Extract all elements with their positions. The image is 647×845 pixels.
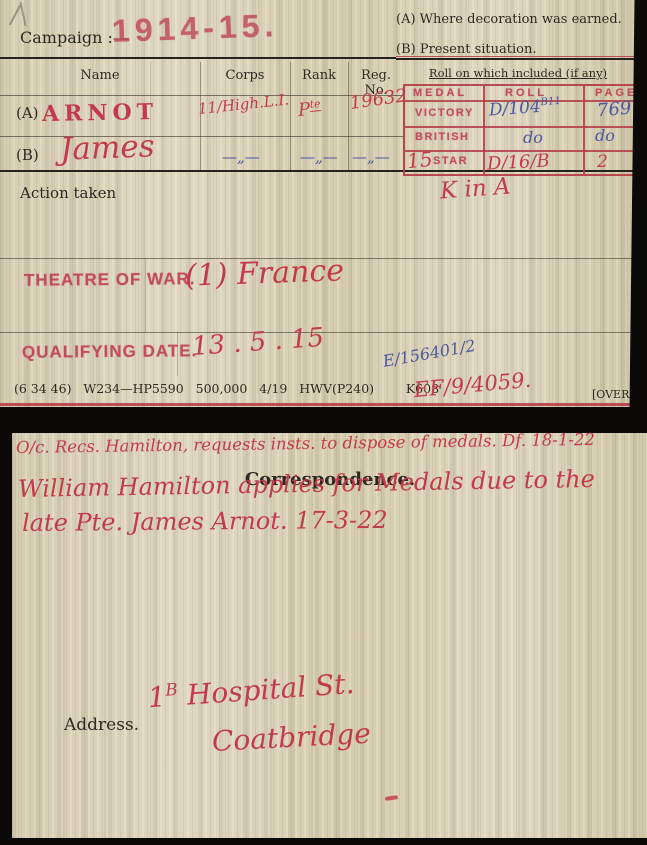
col-header-rank: Rank [292,68,346,83]
back-card: O/c. Recs. Hamilton, requests insts. to … [12,433,647,838]
corps-ditto: —„— [222,148,260,166]
victory-roll-superscript: B11 [540,96,561,108]
rank-superscript: te [309,97,321,112]
rule-under-note [396,58,638,60]
rank-ditto: —„— [300,148,338,166]
rule-under-campaign [0,57,396,59]
correspondence-note-2: William Hamilton applies for Medals due … [18,464,644,503]
reg-no-ditto: —„— [352,148,390,166]
theatre-of-war-value: (1) France [184,253,344,294]
note-where-earned: (A) Where decoration was earned. [396,12,622,27]
victory-roll-main: D/104 [488,97,541,121]
theatre-of-war-stamp: THEATRE OF WAR. [24,269,196,290]
action-taken-label: Action taken [20,184,116,202]
correspondence-note-3: late Pte. James Arnot. 17-3-22 [22,506,388,537]
front-card: Campaign :— 1914-15. (A) Where decoratio… [0,0,638,407]
medal-table-title: Roll on which included (if any) [405,66,631,80]
red-reference-number: EF/9/4059. [413,368,532,402]
pencil-mark [6,2,36,28]
grid-vline-4 [348,62,349,170]
grid-vline-3 [290,62,291,170]
british-roll-value: do [523,128,543,147]
printers-imprint: (6 34 46) W234—HP5590 500,000 4/19 HWV(P… [14,381,439,396]
victory-page-value: 769 [596,98,632,122]
col-header-name: Name [50,68,150,83]
over-label: [OVER. [592,388,633,401]
surname-value: ARNOT [42,99,158,127]
medal-table: MEDAL ROLL PAGE VICTORY D/104B11 769 BRI… [403,84,636,176]
blue-reference-number: E/156401/2 [381,336,477,371]
medal-index-card-scan: Campaign :— 1914-15. (A) Where decoratio… [0,0,647,845]
campaign-year-stamp: 1914-15. [111,7,279,50]
star-medal-label: STAR [433,155,468,167]
row-b-label: (B) [16,146,39,164]
medal-col-header: MEDAL [413,87,467,99]
note-present-situation: (B) Present situation. [396,42,536,57]
red-ink-smudge [385,795,398,801]
correspondence-note-1: O/c. Recs. Hamilton, requests insts. to … [16,429,644,457]
british-page-value: do [595,126,615,145]
rule-under-headers [0,95,403,96]
star-roll-value: D/16/B [486,150,550,174]
address-house-number: 1 [147,680,167,714]
card-bottom-red-edge [0,403,638,406]
victory-medal-label: VICTORY [415,107,474,119]
british-medal-label: BRITISH [415,131,470,143]
qualifying-date-value: 13 . 5 . 15 [191,323,325,362]
row-a-label: (A) [16,104,39,122]
forename-value: James [59,128,155,167]
rank-value: Pte [297,97,322,121]
page-col-header: PAGE [595,87,637,99]
address-street-name: Hospital St. [177,667,355,712]
address-street-value: 1B Hospital St. [147,667,356,715]
star-prefix-value: 15 [406,147,434,174]
star-page-value: 2 [597,152,608,172]
col-header-corps: Corps [205,68,285,83]
killed-in-action-note: K in A [439,174,511,205]
victory-roll-value: D/104B11 [488,96,561,121]
qualifying-date-stamp: QUALIFYING DATE. [22,341,197,363]
rule-red-under-note [396,56,638,57]
address-label: Address. [64,715,139,735]
address-town-value: Coatbridge [211,717,371,758]
